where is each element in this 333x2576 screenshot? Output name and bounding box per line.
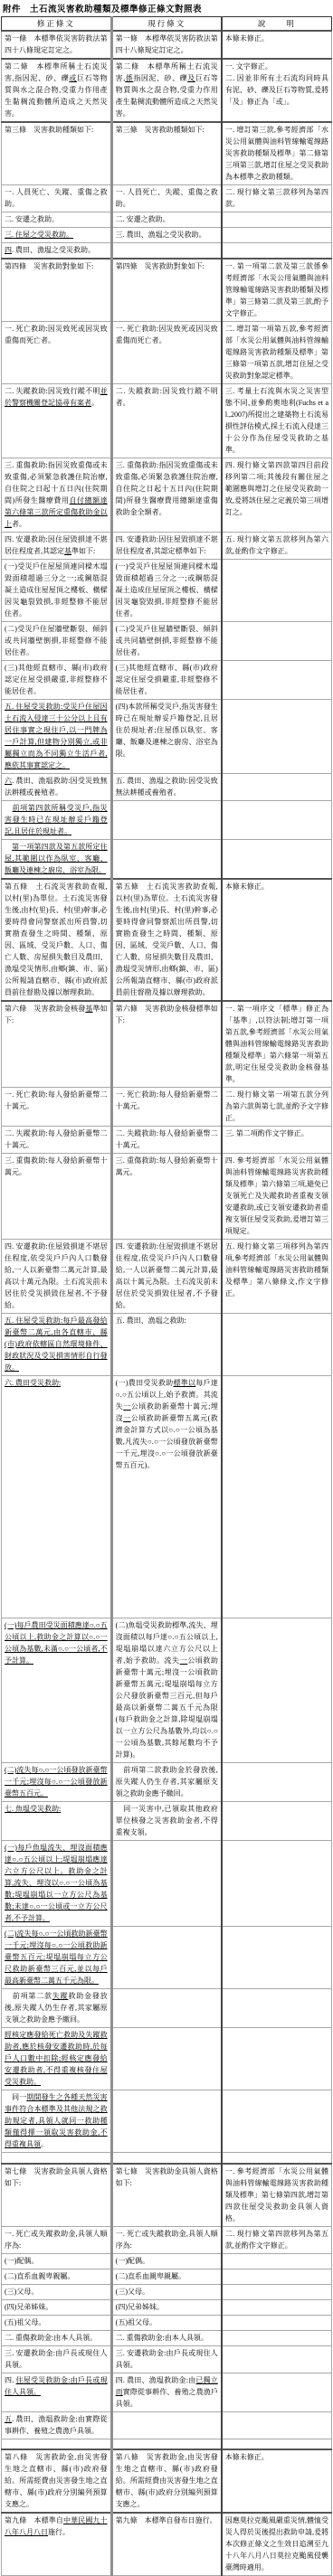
note-cell [222, 661, 332, 700]
paragraph: 第六條 災害救助金核發基準如下: [5, 1003, 108, 1026]
current-cell: 五. 農田、漁塭之救助: [111, 1314, 222, 1376]
table-row: (一)每戶農田受災面積應達○.○五公頃以上,救助金之計算以○.○一公頃為基數,未… [2, 1618, 332, 1763]
current-cell [111, 2090, 222, 2153]
note-cell [222, 212, 332, 228]
amended-cell: 五. 住屋受災救助:每戶最高發給新臺幣二萬元,由各直轄市、縣(市)政府依轄區自然… [2, 1314, 112, 1376]
paragraph: 四. 農田、漁塭之受災救助。 [5, 244, 108, 256]
note-cell: 本條未修正。 [222, 879, 332, 1001]
amended-cell: 二. 失蹤救助:每人發給新臺幣二十萬元。 [2, 1127, 112, 1154]
paragraph: 一. 增訂第三款,參考經濟部「水災公用氣體與油料管線輸電線路災害救助種類及標準」… [225, 124, 328, 183]
amended-cell: 第九條 本標準自中華民國九十八年八月八日施行。 [2, 2513, 112, 2576]
table-row [2, 2153, 332, 2164]
paragraph: 一. 死亡或失蹤救助金,具領人順序為: [116, 2228, 218, 2251]
paragraph: 五. 現行條文第五款移列為第六款,並酌作文字修正。 [225, 533, 328, 557]
amended-cell: 前項第四款所稱受災戶,指災害發生時已在現址辦妥戶籍登記,且居住於現址者。 [2, 801, 112, 840]
current-cell [111, 840, 222, 880]
note-cell: 二. 現行條文第三款移列為第四款。 [222, 185, 332, 212]
amended-cell: (五)祖父母。 [2, 2315, 112, 2330]
note-cell [222, 1763, 332, 1802]
amended-cell: (一)每戶魚塭流失、埋沒面積應達○.○五公頃以上;堤塭崩塌應達六立方公尺以上。救… [2, 1841, 112, 1927]
current-cell: (一)農田受災救助標準以每戶達○.○五公頃以上,始予救濟。其流失一公頃救助新臺幣… [111, 1376, 222, 1618]
table-row: 第七條 災害救助金具領人資格如下:第七條 災害救助金具領人資格如下:一. 參考經… [2, 2164, 332, 2227]
paragraph: (一)配偶。 [116, 2255, 218, 2267]
paragraph: 三. 農田、漁塭之受災救助。 [116, 229, 218, 241]
current-cell [111, 2153, 222, 2164]
note-cell [222, 243, 332, 259]
table-row: 一. 死亡救助:每人發給新臺幣二十萬元。一. 死亡救助:每人發給新臺幣二十萬元。… [2, 1088, 332, 1127]
paragraph: 二. 重傷救助金:由本人具領。 [116, 2332, 218, 2344]
paragraph: (三)其他經直轄市、縣(市)政府認定住屋受損嚴重,非經整修不能居住者。 [5, 662, 108, 697]
paragraph: 三. 第二項酌作文字修正。 [225, 1128, 328, 1139]
paragraph: 三. 安遷救助金:由戶長或現住人具領。 [5, 2347, 108, 2371]
paragraph: 二. 安遷之救助。 [5, 213, 108, 225]
table-row: 二. 失蹤救助:因災致行蹤不明並於警察機關登記協尋有案者。二. 失蹤救助:因災致… [2, 384, 332, 458]
note-cell [222, 2345, 332, 2373]
paragraph: 一. 死亡救助:每人發給新臺幣二十萬元。 [116, 1089, 218, 1112]
amended-cell: 五. 住屋受災救助:受災戶住屋因土石流入侵達三十公分以上且有居住事實之現住戶,以… [2, 700, 112, 774]
paragraph: 第三條 災害救助種類如下: [116, 124, 218, 136]
note-cell: 一. 參考經濟部「水災公用氣體與油料管線輸電線路災害救助種類及標準」第七條第四款… [222, 2164, 332, 2227]
note-cell [222, 2299, 332, 2315]
note-cell [222, 2330, 332, 2345]
paragraph: 第一項第四款及第五款所定住屋,其範圍以作為臥室、客廳、飯廳及連棟之廚房、浴室為限… [5, 841, 108, 876]
current-cell: 第六條 災害救助金核發標準如下: [111, 1001, 222, 1088]
paragraph: 第四條 災害救助對象如下: [5, 260, 108, 272]
paragraph: 五. 住屋受災救助:受災戶住屋因土石流入侵達三十公分以上且有居住事實之現住戶,以… [5, 701, 108, 771]
current-cell [111, 1989, 222, 2028]
paragraph: 四. 住屋受災救助金:由戶長或現住人具領。 [5, 2374, 108, 2398]
table-row: 二. 重傷救助金:由本人具領。二. 重傷救助金:由本人具領。 [2, 2330, 332, 2345]
paragraph: 二. 現行條文第一項第五款分列為第六款與第七款,並酌予文字修正。 [225, 1089, 328, 1124]
paragraph: 二. 安遷之救助。 [116, 213, 218, 225]
paragraph: 一. 死亡救助:因災致死或因災致重傷而死亡者。 [116, 323, 218, 346]
current-cell [111, 2439, 222, 2449]
paragraph: 一. 文字修正。 [225, 61, 328, 72]
table-row: (一)受災戶住屋屋頂連同樑木塌毀面積超過三分之一;或鋼筋混凝土造成住屋屋頂之樓板… [2, 560, 332, 622]
current-cell [111, 801, 222, 840]
paragraph: 第四條 災害救助對象如下: [116, 260, 218, 272]
amended-cell: 經核定應發給死亡救助及失蹤救助者,應於核發安遷救助時,於每戶人口數中扣除;經核定… [2, 2028, 112, 2090]
table-row: 三. 重傷救助:每人發給新臺幣十萬元。三. 重傷救助:每人發給新臺幣十萬元。四.… [2, 1154, 332, 1240]
note-cell [222, 2253, 332, 2269]
amended-cell: (三)其他經直轄市、縣(市)政府認定住屋受損嚴重,非經整修不能居住者。 [2, 661, 112, 700]
column-header-note: 說 明 [222, 17, 332, 32]
paragraph: 二. 現行條文第三款移列為第四款。 [225, 186, 328, 210]
current-cell: (三)父母。 [111, 2284, 222, 2299]
note-cell: 一. 文字修正。二. 因並非所有土石流均同時具有泥、砂、礫及巨石等物質,爰將「及… [222, 59, 332, 122]
current-cell: 二. 失蹤救助:每人發給新臺幣二十萬元。 [111, 1127, 222, 1154]
amended-cell: 一. 人員死亡、失蹤、重傷之救助。 [2, 185, 112, 212]
current-cell: 二. 重傷救助金:由本人具領。 [111, 2330, 222, 2345]
note-cell: 五. 現行條文第三項移列為第四項,參考經濟部「水災公用氣體與油料管線輸電線路災害… [222, 1240, 332, 1314]
current-cell: 五. 農田、漁塭之救助:因受災致無法耕種或養殖者。 [111, 774, 222, 801]
amended-cell: 第一項第四款及第五款所定住屋,其範圍以作為臥室、客廳、飯廳及連棟之廚房、浴室為限… [2, 840, 112, 880]
paragraph: 五. 現行條文第三項移列為第四項,參考經濟部「水災公用氣體與油料管線輸電線路災害… [225, 1241, 328, 1299]
paragraph: 六. 農田受災救助: [5, 1377, 108, 1389]
note-cell [222, 2028, 332, 2090]
current-cell: (四)本款所稱受災戶,指災害發生時已在現址辦妥戶籍登記,且居住於現址者;住屋係以… [111, 700, 222, 774]
amended-cell: 第七條 災害救助金具領人資格如下: [2, 2164, 112, 2227]
note-cell [222, 228, 332, 243]
paragraph: 第五條 土石流災害救助查報,以村(里)為單位。土石流災害發生後,由村(里)長、村… [5, 881, 108, 998]
amended-cell: 七. 魚塭受災救助: [2, 1802, 112, 1841]
paragraph: 第九條 本標準自發布日施行。 [116, 2515, 218, 2526]
paragraph: (二)直系血親卑親屬。 [116, 2270, 218, 2282]
table-row: 四. 安遷救助:因住屋毀損達不堪居住程度者,其認定基準如下:四. 安遷救助:因住… [2, 533, 332, 560]
amended-cell [2, 2439, 112, 2449]
table-row: 前項第二款失蹤救助金發放後,原失蹤人仍生存者,其家屬原支領之救助金應予繳回。 [2, 1989, 332, 2028]
amended-cell: 第八條 災害救助金,由災害發生地之直轄市、縣(市)政府發給。所需經費由災害發生地… [2, 2449, 112, 2513]
paragraph: 一. 參考經濟部「水災公用氣體與油料管線輸電線路災害救助種類及標準」第七條第四款… [225, 2166, 328, 2224]
amended-cell: 四. 農田、漁塭之受災救助。 [2, 243, 112, 259]
current-cell: (二)魚塭受災救助標準,流失、埋沒面積以每戶達○.○五公頃以上,堤塭崩塌以達六立… [111, 1618, 222, 1763]
table-row: 三. 安遷救助金:由戶長或現住人具領。三. 安遷救助金:由戶長或現住人具領。 [2, 2345, 332, 2373]
amended-cell: 一. 死亡救助:因災致死或因災致重傷而死亡者。 [2, 322, 112, 384]
note-cell [222, 801, 332, 840]
paragraph: 前項第二款失蹤救助金發放後,原失蹤人仍生存者,其家屬原支領之救助金應予繳回。 [5, 1990, 108, 2025]
paragraph: 第一條 本標準依災害防救法第四十八條規定訂定之。 [5, 33, 108, 56]
current-cell: 同一災害中,已領取其他政府單位核發之災害救助金者,不得重複支領。 [111, 1802, 222, 1841]
amended-cell: (一)每戶農田受災面積應達○.○五公頃以上,救助金之計算以○.○一公頃為基數,未… [2, 1618, 112, 1763]
amended-cell: 同一期間發生之各種天然災害事件符合本標準及其他法規之救助規定者,具領人就同一救助… [2, 2090, 112, 2153]
note-cell [222, 1314, 332, 1376]
current-cell [111, 1927, 222, 1989]
paragraph: 四. 安遷救助:因住屋毀損達不堪居住程度者,其認定標準如下: [116, 533, 218, 557]
current-cell: (二)受災戶住屋牆壁斷裂、傾斜或共同牆壁倒損,非經整修不能居住者。 [111, 622, 222, 661]
paragraph: 同一災害中,已領取其他政府單位核發之災害救助金者,不得重複支領。 [116, 1803, 218, 1838]
table-row: 三. 重傷救助:指因災致重傷或未致重傷,必須緊急救護住院治療,自住院之日起十五日… [2, 458, 332, 533]
current-cell: (五)祖父母。 [111, 2315, 222, 2330]
note-cell: 因應莫拉克颱風嚴重災情,體恤受災人得於災後提出救助申請,爰將本次修正條文之生效日… [222, 2513, 332, 2576]
paragraph: 三. 住屋之受災救助。 [5, 229, 108, 241]
current-cell: 第八條 災害救助金,由災害發生地之直轄市、縣(市)政府發給。所需經費由災害發生地… [111, 2449, 222, 2513]
paragraph: 本條未修正。 [225, 2451, 328, 2463]
amended-cell: 第二條 本標準所稱土石流災害,指因泥、砂、礫或巨石等物質與水之混合物,受重力作用… [2, 59, 112, 122]
paragraph: 二. 失蹤救助:每人發給新臺幣二十萬元。 [5, 1128, 108, 1151]
paragraph: 四. 現行條文第四款第四目前段移列第二項;其後段有關住屋之範圍應與增訂之住屋受災… [225, 459, 328, 518]
amended-cell: 第四條 災害救助對象如下: [2, 259, 112, 322]
paragraph: 三. 重傷救助:指因災致重傷或未致重傷,必須緊急救護住院治療,自住院之日起十五日… [116, 459, 218, 518]
paragraph: 第二條 本標準所稱土石流災害,係指因泥、砂、礫及巨石等物質與水之混合物,受重力作… [116, 61, 218, 119]
paragraph: 第八條 災害救助金,由災害發生地之直轄市、縣(市)政府發給。所需經費由災害發生地… [116, 2451, 218, 2510]
current-cell [111, 1841, 222, 1927]
amended-cell: 五. 農田、漁塭救助金:由實際從事耕作、養殖之農漁戶具領。 [2, 2411, 112, 2439]
paragraph: (二)魚塭受災救助標準,流失、埋沒面積以每戶達○.○五公頃以上,堤塭崩塌以達六立… [116, 1619, 218, 1760]
paragraph: (三)父母。 [5, 2286, 108, 2298]
table-row: 第二條 本標準所稱土石流災害,指因泥、砂、礫或巨石等物質與水之混合物,受重力作用… [2, 59, 332, 122]
note-cell [222, 774, 332, 801]
current-cell: 一. 死亡救助:因災致死或因災致重傷而死亡者。 [111, 322, 222, 384]
table-row: 第三條 災害救助種類如下:第三條 災害救助種類如下:一. 增訂第三款,參考經濟部… [2, 122, 332, 185]
paragraph: 一. 死亡救助:因災致死或因災致重傷而死亡者。 [5, 323, 108, 346]
paragraph: (三)其他經直轄市、縣(市)政府認定住屋受損嚴重,非經整修不能居住者。 [116, 662, 218, 697]
amended-cell: (一)受災戶住屋屋頂連同樑木塌毀面積超過三分之一;或鋼筋混凝土造成住屋屋頂之樓板… [2, 560, 112, 622]
paragraph: (二)流失每○.○一公頃救助新臺幣一千元;埋沒每○.○一公頃救助新臺幣五百元;堤… [5, 1928, 108, 1986]
document-page: 附件 土石流災害救助種類及標準修正條文對照表 修正條文 現行條文 說 明 第一條… [0, 0, 333, 2576]
paragraph: (二)受災戶住屋牆壁斷裂、傾斜或共同牆壁倒損,非經整修不能居住者。 [5, 623, 108, 658]
paragraph: 五. 農田、漁塭之救助: [116, 1315, 218, 1326]
paragraph: (一)受災戶住屋屋頂連同樑木塌毀面積超過三分之一;或鋼筋混凝土造成住屋屋頂之樓板… [5, 561, 108, 619]
paragraph: 四. 安遷救助:因住屋毀損達不堪居住程度者,其認定基準如下: [5, 533, 108, 557]
note-cell [222, 840, 332, 880]
amended-cell: 第六條 災害救助金核發基準如下: [2, 1001, 112, 1088]
paragraph: (三)父母。 [116, 2286, 218, 2298]
amended-cell: (二)流失每○.○一公頃救助新臺幣一千元;埋沒每○.○一公頃救助新臺幣五百元;堤… [2, 1927, 112, 1989]
table-row: 五. 農田、漁塭救助金:由實際從事耕作、養殖之農漁戶具領。 [2, 2411, 332, 2439]
paragraph: 二. 因並非所有土石流均同時具有泥、砂、礫及巨石等物質,爰將「及」修正為「或」。 [225, 72, 328, 108]
current-cell: 一. 人員死亡、失蹤、重傷之救助。 [111, 185, 222, 212]
table-row: 第五條 土石流災害救助查報,以村(里)為單位。土石流災害發生後,由村(里)長、村… [2, 879, 332, 1001]
note-cell [222, 1989, 332, 2028]
table-row: 四. 住屋受災救助金:由戶長或現住人具領。四. 農田、漁塭救助金:由已獨立而實際… [2, 2373, 332, 2411]
current-cell: (三)其他經直轄市、縣(市)政府認定住屋受損嚴重,非經整修不能居住者。 [111, 661, 222, 700]
paragraph: (五)祖父母。 [5, 2317, 108, 2328]
paragraph: 五. 農田、漁塭之救助:因受災致無法耕種或養殖者。 [116, 775, 218, 798]
current-cell [111, 243, 222, 259]
current-cell: 一. 死亡或失蹤救助金,具領人順序為: [111, 2226, 222, 2253]
paragraph: 經核定應發給死亡救助及失蹤救助者,應於核發安遷救助時,於每戶人口數中扣除;經核定… [5, 2029, 108, 2088]
paragraph: 一. 死亡或失蹤救助金,具領人順序為: [5, 2228, 108, 2251]
current-cell: 三. 安遷救助金:由戶長或現住人具領。 [111, 2345, 222, 2373]
note-cell: 一. 增訂第三款,參考經濟部「水災公用氣體與油料管線輸電線路災害救助種類及標準」… [222, 122, 332, 185]
table-row: 六. 農田受災救助:(一)農田受災救助標準以每戶達○.○五公頃以上,始予救濟。其… [2, 1376, 332, 1618]
table-row: 二. 失蹤救助:每人發給新臺幣二十萬元。二. 失蹤救助:每人發給新臺幣二十萬元。… [2, 1127, 332, 1154]
note-cell [222, 700, 332, 774]
table-row: 一. 死亡或失蹤救助金,具領人順序為:一. 死亡或失蹤救助金,具領人順序為:二.… [2, 2226, 332, 2253]
paragraph: 四. 安遷救助:住屋毀損達不堪居住程度,依受災戶戶內人口數發給,一人以新臺幣二萬… [5, 1241, 108, 1311]
paragraph: 二. 增訂第一項第五款,參考經濟部「水災公用氣體與油料管線輸電線路災害救助種類及… [225, 323, 328, 382]
amended-cell: 三. 重傷救助:指因災致重傷或未致重傷,必須緊急救護住院治療,自住院之日起十五日… [2, 458, 112, 533]
current-cell: 第三條 災害救助種類如下: [111, 122, 222, 185]
paragraph: 前項第二款救助金於發放後,原失蹤人仍生存者,其家屬原支領之救助金應予繳回。 [116, 1764, 218, 1799]
paragraph: 一. 人員死亡、失蹤、重傷之救助。 [116, 186, 218, 210]
amended-cell: 第一條 本標準依災害防救法第四十八條規定訂定之。 [2, 31, 112, 59]
paragraph: 一. 第一項序文「標準」修正為「基準」,以符法制;增訂第一項第五款,參考經濟部「… [225, 1003, 328, 1085]
note-cell [222, 1841, 332, 1927]
current-cell: (一)配偶。 [111, 2253, 222, 2269]
note-cell: 一. 第一項序文「標準」修正為「基準」,以符法制;增訂第一項第五款,參考經濟部「… [222, 1001, 332, 1088]
paragraph: 第六條 災害救助金核發標準如下: [116, 1003, 218, 1026]
current-cell: 第四條 災害救助對象如下: [111, 259, 222, 322]
paragraph: 第五條 土石流災害救助查報,以村(里)為單位。土石流災害發生後,由村(里)長、村… [116, 881, 218, 998]
paragraph: 第七條 災害救助金具領人資格如下: [116, 2166, 218, 2189]
table-row: 同一期間發生之各種天然災害事件符合本標準及其他法規之救助規定者,具領人就同一救助… [2, 2090, 332, 2153]
amended-cell: (二)直系血親卑親屬。 [2, 2269, 112, 2284]
table-row: (四)兄弟姊妹。(四)兄弟姊妹。 [2, 2299, 332, 2315]
paragraph: (四)兄弟姊妹。 [5, 2301, 108, 2313]
amended-cell: (四)兄弟姊妹。 [2, 2299, 112, 2315]
table-row: 第四條 災害救助對象如下:第四條 災害救助對象如下:一. 第一項第二款及第三款係… [2, 259, 332, 322]
table-row: 前項第四款所稱受災戶,指災害發生時已在現址辦妥戶籍登記,且居住於現址者。 [2, 801, 332, 840]
paragraph: 前項第四款所稱受災戶,指災害發生時已在現址辦妥戶籍登記,且居住於現址者。 [5, 802, 108, 837]
table-row: 第八條 災害救助金,由災害發生地之直轄市、縣(市)政府發給。所需經費由災害發生地… [2, 2449, 332, 2513]
note-cell: 一. 第一項第二款及第三款係參考經濟部「水災公用氣體與油料管線輸電線路災害救助種… [222, 259, 332, 322]
paragraph: (一)配偶。 [5, 2255, 108, 2267]
page-title: 附件 土石流災害救助種類及標準修正條文對照表 [0, 0, 333, 16]
current-cell: 二. 安遷之救助。 [111, 212, 222, 228]
paragraph: 第七條 災害救助金具領人資格如下: [5, 2166, 108, 2189]
paragraph: (一)每戶農田受災面積應達○.○五公頃以上,救助金之計算以○.○一公頃為基數,未… [5, 1619, 108, 1666]
table-row: (五)祖父母。(五)祖父母。 [2, 2315, 332, 2330]
note-cell: 本條未修正。 [222, 2449, 332, 2513]
table-row: (三)父母。(三)父母。 [2, 2284, 332, 2299]
paragraph: (一)農田受災救助標準以每戶達○.○五公頃以上,始予救濟。其流失一公頃救助新臺幣… [116, 1377, 218, 1471]
amended-cell: 一. 死亡救助:每人發給新臺幣二十萬元。 [2, 1088, 112, 1127]
note-cell [222, 1618, 332, 1763]
current-cell: 二. 失蹤救助:因災致行蹤不明者。 [111, 384, 222, 458]
amended-cell: 六. 農田受災救助: [2, 1376, 112, 1618]
note-cell: 二. 現行條文第四款移列為第五款,並酌作文字修正。 [222, 2226, 332, 2253]
note-cell [222, 2153, 332, 2164]
note-cell [222, 1927, 332, 1989]
note-cell: 五. 現行條文第五款移列為第六款,並酌作文字修正。 [222, 533, 332, 560]
paragraph: 二. 失蹤救助:每人發給新臺幣二十萬元。 [116, 1128, 218, 1151]
note-cell: 三. 考量土石流與水災之災害型態不同,並參酌奧地利(Fuchs et al.,2… [222, 384, 332, 458]
table-row: (二)受災戶住屋牆壁斷裂、傾斜或共同牆壁倒損,非經整修不能居住者。(二)受災戶住… [2, 622, 332, 661]
table-row: 五. 住屋受災救助:每戶最高發給新臺幣二萬元,由各直轄市、縣(市)政府依轄區自然… [2, 1314, 332, 1376]
current-cell: 四. 安遷救助:因住屋毀損達不堪居住程度者,其認定標準如下: [111, 533, 222, 560]
note-cell [222, 2315, 332, 2330]
note-cell [222, 2373, 332, 2411]
paragraph: (二)受災戶住屋牆壁斷裂、傾斜或共同牆壁倒損,非經整修不能居住者。 [116, 623, 218, 658]
table-row: 二. 安遷之救助。二. 安遷之救助。 [2, 212, 332, 228]
current-cell: 第九條 本標準自發布日施行。 [111, 2513, 222, 2576]
current-cell: 一. 死亡救助:每人發給新臺幣二十萬元。 [111, 1088, 222, 1127]
paragraph: (一)每戶魚塭流失、埋沒面積應達○.○五公頃以上;堤塭崩塌應達六立方公尺以上。救… [5, 1842, 108, 1924]
note-cell: 二. 增訂第一項第五款,參考經濟部「水災公用氣體與油料管線輸電線路災害救助種類及… [222, 322, 332, 384]
table-row: 第一條 本標準依災害防救法第四十八條規定訂定之。第一條 本標準依災害防救法第四十… [2, 31, 332, 59]
table-row: 七. 魚塭受災救助: 同一災害中,已領取其他政府單位核發之災害救助金者,不得重複… [2, 1802, 332, 1841]
table-row: (二)直系血親卑親屬。(二)直系血親卑親屬。 [2, 2269, 332, 2284]
note-cell [222, 1376, 332, 1618]
paragraph: 七. 魚塭受災救助: [5, 1803, 108, 1815]
current-cell: (四)兄弟姊妹。 [111, 2299, 222, 2315]
amended-cell: 三. 安遷救助金:由戶長或現住人具領。 [2, 2345, 112, 2373]
table-row: 四. 安遷救助:住屋毀損達不堪居住程度,依受災戶戶內人口數發給,一人以新臺幣二萬… [2, 1240, 332, 1314]
amended-cell: 一. 死亡或失蹤救助金,具領人順序為: [2, 2226, 112, 2253]
paragraph: 五. 農田、漁塭救助金:由實際從事耕作、養殖之農漁戶具領。 [5, 2413, 108, 2437]
paragraph: 二. 失蹤救助:因災致行蹤不明者。 [116, 385, 218, 409]
table-row: 第九條 本標準自中華民國九十八年八月八日施行。第九條 本標準自發布日施行。因應莫… [2, 2513, 332, 2576]
current-cell [111, 2028, 222, 2090]
header-row: 修正條文 現行條文 說 明 [2, 17, 332, 32]
amended-cell: 四. 安遷救助:因住屋毀損達不堪居住程度者,其認定基準如下: [2, 533, 112, 560]
amended-cell: (三)父母。 [2, 2284, 112, 2299]
table-row: 經核定應發給死亡救助及失蹤救助者,應於核發安遷救助時,於每戶人口數中扣除;經核定… [2, 2028, 332, 2090]
comparison-table-body: 第一條 本標準依災害防救法第四十八條規定訂定之。第一條 本標準依災害防救法第四十… [2, 31, 332, 2576]
note-cell [222, 560, 332, 622]
amended-cell: 前項第二款失蹤救助金發放後,原失蹤人仍生存者,其家屬原支領之救助金應予繳回。 [2, 1989, 112, 2028]
paragraph: 本條未修正。 [225, 33, 328, 44]
current-cell: 第一條 本標準依災害防救法第四十八條規定訂定之。 [111, 31, 222, 59]
paragraph: 六. 農田、漁塭救助:因受災致無法耕種或養殖者。 [5, 775, 108, 798]
amended-cell: (一)配偶。 [2, 2253, 112, 2269]
amended-cell: (二)受災戶住屋牆壁斷裂、傾斜或共同牆壁倒損,非經整修不能居住者。 [2, 622, 112, 661]
amended-cell: 二. 失蹤救助:因災致行蹤不明並於警察機關登記協尋有案者。 [2, 384, 112, 458]
note-cell [222, 622, 332, 661]
current-cell: 三. 農田、漁塭之受災救助。 [111, 228, 222, 243]
paragraph: 一. 人員死亡、失蹤、重傷之救助。 [5, 186, 108, 210]
table-row: (一)配偶。(一)配偶。 [2, 2253, 332, 2269]
note-cell [222, 2269, 332, 2284]
note-cell [222, 2439, 332, 2449]
paragraph: 一. 第一項第二款及第三款係參考經濟部「水災公用氣體與油料管線輸電線路災害救助種… [225, 260, 328, 319]
paragraph: 二. 重傷救助金:由本人具領。 [5, 2332, 108, 2344]
note-cell: 四. 現行條文第四款第四目前段移列第二項;其後段有關住屋之範圍應與增訂之住屋受災… [222, 458, 332, 533]
paragraph: 第三條 災害救助種類如下: [5, 124, 108, 136]
table-row: 三. 住屋之受災救助。三. 農田、漁塭之受災救助。 [2, 228, 332, 243]
table-row: 一. 死亡救助:因災致死或因災致重傷而死亡者。一. 死亡救助:因災致死或因災致重… [2, 322, 332, 384]
note-cell [222, 1802, 332, 1841]
current-cell: 三. 重傷救助:每人發給新臺幣十萬元。 [111, 1154, 222, 1240]
paragraph: (二)直系血親卑親屬。 [5, 2270, 108, 2282]
amended-cell: 三. 重傷救助:每人發給新臺幣十萬元。 [2, 1154, 112, 1240]
table-row: 一. 人員死亡、失蹤、重傷之救助。一. 人員死亡、失蹤、重傷之救助。二. 現行條… [2, 185, 332, 212]
note-cell [222, 2411, 332, 2439]
paragraph: 同一期間發生之各種天然災害事件符合本標準及其他法規之救助規定者,具領人就同一救助… [5, 2091, 108, 2150]
paragraph: 四. 農田、漁塭救助金:由已獨立而實際從事耕作、養殖之農漁戶具領。 [116, 2374, 218, 2410]
current-cell: 四. 農田、漁塭救助金:由已獨立而實際從事耕作、養殖之農漁戶具領。 [111, 2373, 222, 2411]
comparison-table: 修正條文 現行條文 說 明 第一條 本標準依災害防救法第四十八條規定訂定之。第一… [1, 16, 332, 2576]
amended-cell: (二)流失每○.○一公頃發放新臺幣一千元;埋沒每○.○一公頃發放新臺幣五百元。 [2, 1763, 112, 1802]
amended-cell: 第五條 土石流災害救助查報,以村(里)為單位。土石流災害發生後,由村(里)長、村… [2, 879, 112, 1001]
current-cell: 第五條 土石流災害救助查報,以村(里)為單位。土石流災害發生後,由村(里)長、村… [111, 879, 222, 1001]
paragraph: 三. 重傷救助:指因災致重傷或未致重傷,必須緊急救護住院治療,自住院之日起十五日… [5, 459, 108, 530]
note-cell [222, 2284, 332, 2299]
paragraph: 因應莫拉克颱風嚴重災情,體恤受災人得於災後提出救助申請,爰將本次修正條文之生效日… [225, 2515, 328, 2573]
paragraph: (一)受災戶住屋屋頂連同樑木塌毀面積超過三分之一;或鋼筋混凝土造成住屋屋頂之樓板… [116, 561, 218, 619]
paragraph: 二. 現行條文第四款移列為第五款,並酌作文字修正。 [225, 2228, 328, 2251]
current-cell: 三. 重傷救助:指因災致重傷或未致重傷,必須緊急救護住院治療,自住院之日起十五日… [111, 458, 222, 533]
paragraph: 第一條 本標準依災害防救法第四十八條規定訂定之。 [116, 33, 218, 56]
table-row [2, 2439, 332, 2449]
table-row: 第六條 災害救助金核發基準如下:第六條 災害救助金核發標準如下:一. 第一項序文… [2, 1001, 332, 1088]
current-cell [111, 2411, 222, 2439]
paragraph: 本條未修正。 [225, 881, 328, 892]
paragraph: 三. 安遷救助金:由戶長或現住人具領。 [116, 2347, 218, 2371]
table-row: 第一項第四款及第五款所定住屋,其範圍以作為臥室、客廳、飯廳及連棟之廚房、浴室為限… [2, 840, 332, 880]
amended-cell: 六. 農田、漁塭救助:因受災致無法耕種或養殖者。 [2, 774, 112, 801]
current-cell: 四. 安遷救助:住屋毀損達不堪居住程度,依受災戶戶內人口數發給,一人以新臺幣二萬… [111, 1240, 222, 1314]
amended-cell: 三. 住屋之受災救助。 [2, 228, 112, 243]
table-row: 四. 農田、漁塭之受災救助。 [2, 243, 332, 259]
table-row: (二)流失每○.○一公頃發放新臺幣一千元;埋沒每○.○一公頃發放新臺幣五百元。 … [2, 1763, 332, 1802]
note-cell: 四. 參考經濟部「水災公用氣體與油料管線輸電線路災害救助種類及標準」第六條第三項… [222, 1154, 332, 1240]
column-header-current: 現行條文 [111, 17, 222, 32]
amended-cell: 第三條 災害救助種類如下: [2, 122, 112, 185]
table-row: 五. 住屋受災救助:受災戶住屋因土石流入侵達三十公分以上且有居住事實之現住戶,以… [2, 700, 332, 774]
current-cell: 第七條 災害救助金具領人資格如下: [111, 2164, 222, 2227]
amended-cell [2, 2153, 112, 2164]
paragraph: 三. 考量土石流與水災之災害型態不同,並參酌奧地利(Fuchs et al.,2… [225, 385, 328, 456]
amended-cell: 四. 安遷救助:住屋毀損達不堪居住程度,依受災戶戶內人口數發給,一人以新臺幣二萬… [2, 1240, 112, 1314]
table-row: (一)每戶魚塭流失、埋沒面積應達○.○五公頃以上;堤塭崩塌應達六立方公尺以上。救… [2, 1841, 332, 1927]
note-cell: 三. 第二項酌作文字修正。 [222, 1127, 332, 1154]
note-cell: 本條未修正。 [222, 31, 332, 59]
paragraph: 一. 死亡救助:每人發給新臺幣二十萬元。 [5, 1089, 108, 1112]
amended-cell: 四. 住屋受災救助金:由戶長或現住人具領。 [2, 2373, 112, 2411]
current-cell: 第二條 本標準所稱土石流災害,係指因泥、砂、礫及巨石等物質與水之混合物,受重力作… [111, 59, 222, 122]
table-row: 六. 農田、漁塭救助:因受災致無法耕種或養殖者。五. 農田、漁塭之救助:因受災致… [2, 774, 332, 801]
paragraph: 二. 失蹤救助:因災致行蹤不明並於警察機關登記協尋有案者。 [5, 385, 108, 409]
paragraph: 三. 重傷救助:每人發給新臺幣十萬元。 [116, 1155, 218, 1178]
table-row: (三)其他經直轄市、縣(市)政府認定住屋受損嚴重,非經整修不能居住者。(三)其他… [2, 661, 332, 700]
paragraph: 第九條 本標準自中華民國九十八年八月八日施行。 [5, 2515, 108, 2538]
paragraph: (五)祖父母。 [116, 2317, 218, 2328]
current-cell: (一)受災戶住屋屋頂連同樑木塌毀面積超過三分之一;或鋼筋混凝土造成住屋屋頂之樓板… [111, 560, 222, 622]
table-row: (二)流失每○.○一公頃救助新臺幣一千元;埋沒每○.○一公頃救助新臺幣五百元;堤… [2, 1927, 332, 1989]
paragraph: 第八條 災害救助金,由災害發生地之直轄市、縣(市)政府發給。所需經費由災害發生地… [5, 2451, 108, 2510]
